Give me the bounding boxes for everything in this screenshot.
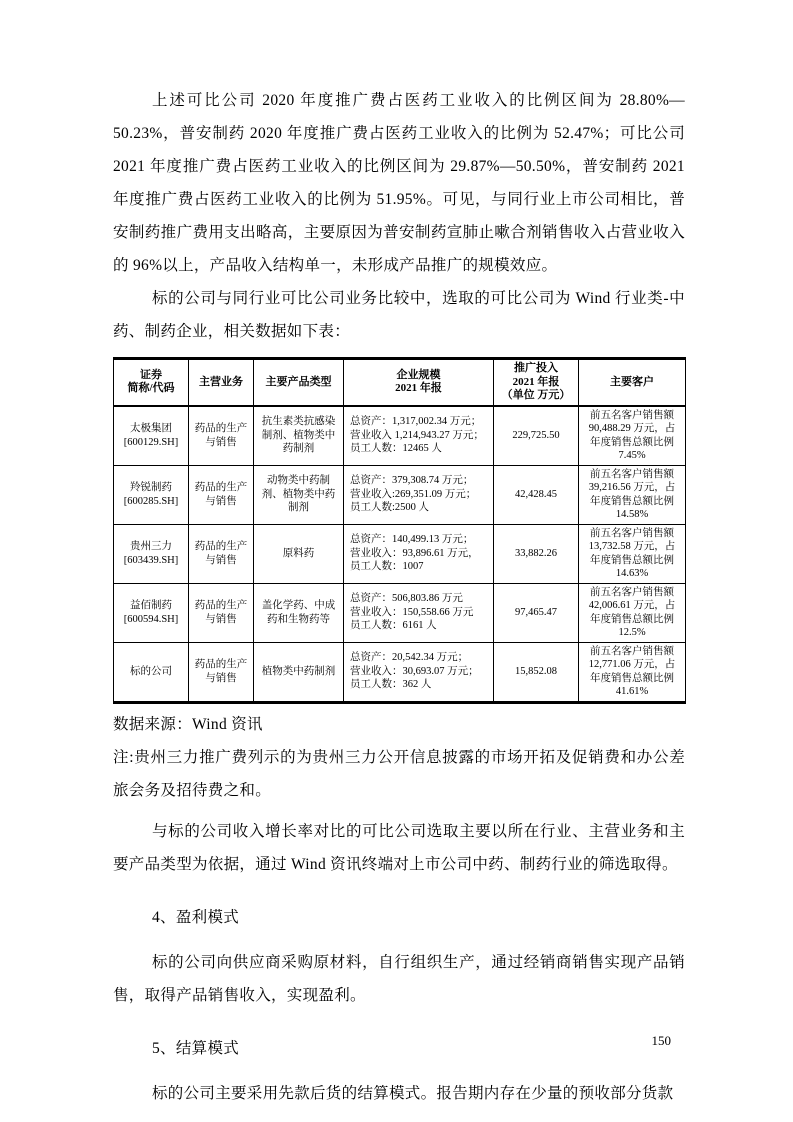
data-source-note: 数据来源：Wind 资讯 (113, 708, 685, 741)
cell-main-customers: 前五名客户销售额 13,732.58 万元，占 年度销售总额比例 14.63% (579, 524, 686, 583)
col-header-main-customers: 主要客户 (579, 359, 686, 406)
col-header-company-scale: 企业规模 2021 年报 (344, 359, 494, 406)
page-number: 150 (652, 1033, 672, 1049)
cell-main-business: 药品的生产 与销售 (189, 524, 254, 583)
cell-product-type: 盖化学药、中成 药和生物药等 (254, 583, 344, 642)
table-row: 贵州三力 [603439.SH] 药品的生产 与销售 原料药 总资产：140,4… (114, 524, 686, 583)
cell-product-type: 动物类中药制 剂、植物类中药 制剂 (254, 465, 344, 524)
cell-company-scale: 总资产：20,542.34 万元； 营业收入：30,693.07 万元； 员工人… (344, 642, 494, 702)
cell-security-code: 益佰制药 [600594.SH] (114, 583, 189, 642)
cell-company-scale: 总资产：379,308.74 万元； 营业收入:269,351.09 万元； 员… (344, 465, 494, 524)
cell-main-customers: 前五名客户销售额 42,006.61 万元，占 年度销售总额比例 12.5% (579, 583, 686, 642)
comparable-companies-table: 证券 简称/代码 主营业务 主要产品类型 企业规模 2021 年报 推广投入 2… (113, 357, 686, 704)
cell-security-code: 贵州三力 [603439.SH] (114, 524, 189, 583)
cell-security-code: 标的公司 (114, 642, 189, 702)
cell-promo-investment: 33,882.26 (494, 524, 579, 583)
cell-product-type: 抗生素类抗感染 制剂、植物类中 药制剂 (254, 406, 344, 466)
col-header-security-code: 证券 简称/代码 (114, 359, 189, 406)
paragraph-settlement-model: 标的公司主要采用先款后货的结算模式。报告期内存在少量的预收部分货款 (113, 1077, 685, 1110)
cell-main-customers: 前五名客户销售额 12,771.06 万元，占 年度销售总额比例 41.61% (579, 642, 686, 702)
paragraph-promo-ratio: 上述可比公司 2020 年度推广费占医药工业收入的比例区间为 28.80%—50… (113, 84, 685, 282)
cell-company-scale: 总资产：1,317,002.34 万元； 营业收入 1,214,943.27 万… (344, 406, 494, 466)
cell-product-type: 原料药 (254, 524, 344, 583)
table-header-row: 证券 简称/代码 主营业务 主要产品类型 企业规模 2021 年报 推广投入 2… (114, 359, 686, 406)
cell-security-code: 羚锐制药 [600285.SH] (114, 465, 189, 524)
table-row: 太极集团 [600129.SH] 药品的生产 与销售 抗生素类抗感染 制剂、植物… (114, 406, 686, 466)
cell-main-business: 药品的生产 与销售 (189, 406, 254, 466)
col-header-main-business: 主营业务 (189, 359, 254, 406)
paragraph-comparison-intro: 标的公司与同行业可比公司业务比较中，选取的可比公司为 Wind 行业类-中药、制… (113, 282, 685, 348)
cell-security-code: 太极集团 [600129.SH] (114, 406, 189, 466)
cell-product-type: 植物类中药制剂 (254, 642, 344, 702)
paragraph-profit-model: 标的公司向供应商采购原材料，自行组织生产，通过经销商销售实现产品销售，取得产品销… (113, 946, 685, 1012)
cell-main-customers: 前五名客户销售额 39,216.56 万元，占 年度销售总额比例 14.58% (579, 465, 686, 524)
paragraph-comparable-selection: 与标的公司收入增长率对比的可比公司选取主要以所在行业、主营业务和主要产品类型为依… (113, 815, 685, 881)
cell-company-scale: 总资产：506,803.86 万元 营业收入：150,558.66 万元 员工人… (344, 583, 494, 642)
table-row: 益佰制药 [600594.SH] 药品的生产 与销售 盖化学药、中成 药和生物药… (114, 583, 686, 642)
section-heading-profit-model: 4、盈利模式 (113, 901, 685, 934)
cell-main-business: 药品的生产 与销售 (189, 465, 254, 524)
cell-main-business: 药品的生产 与销售 (189, 583, 254, 642)
cell-promo-investment: 15,852.08 (494, 642, 579, 702)
document-page: 上述可比公司 2020 年度推广费占医药工业收入的比例区间为 28.80%—50… (0, 0, 793, 1122)
col-header-promo-investment: 推广投入 2021 年报 （单位 万元） (494, 359, 579, 406)
footnote-guizhou-sanli: 注:贵州三力推广费列示的为贵州三力公开信息披露的市场开拓及促销费和办公差旅会务及… (113, 741, 685, 807)
table-row: 标的公司 药品的生产 与销售 植物类中药制剂 总资产：20,542.34 万元；… (114, 642, 686, 702)
section-heading-settlement-model: 5、结算模式 (113, 1032, 685, 1065)
cell-promo-investment: 42,428.45 (494, 465, 579, 524)
cell-main-business: 药品的生产 与销售 (189, 642, 254, 702)
cell-promo-investment: 229,725.50 (494, 406, 579, 466)
table-row: 羚锐制药 [600285.SH] 药品的生产 与销售 动物类中药制 剂、植物类中… (114, 465, 686, 524)
cell-company-scale: 总资产：140,499.13 万元； 营业收入：93,896.61 万元， 员工… (344, 524, 494, 583)
cell-promo-investment: 97,465.47 (494, 583, 579, 642)
col-header-product-type: 主要产品类型 (254, 359, 344, 406)
cell-main-customers: 前五名客户销售额 90,488.29 万元，占 年度销售总额比例 7.45% (579, 406, 686, 466)
